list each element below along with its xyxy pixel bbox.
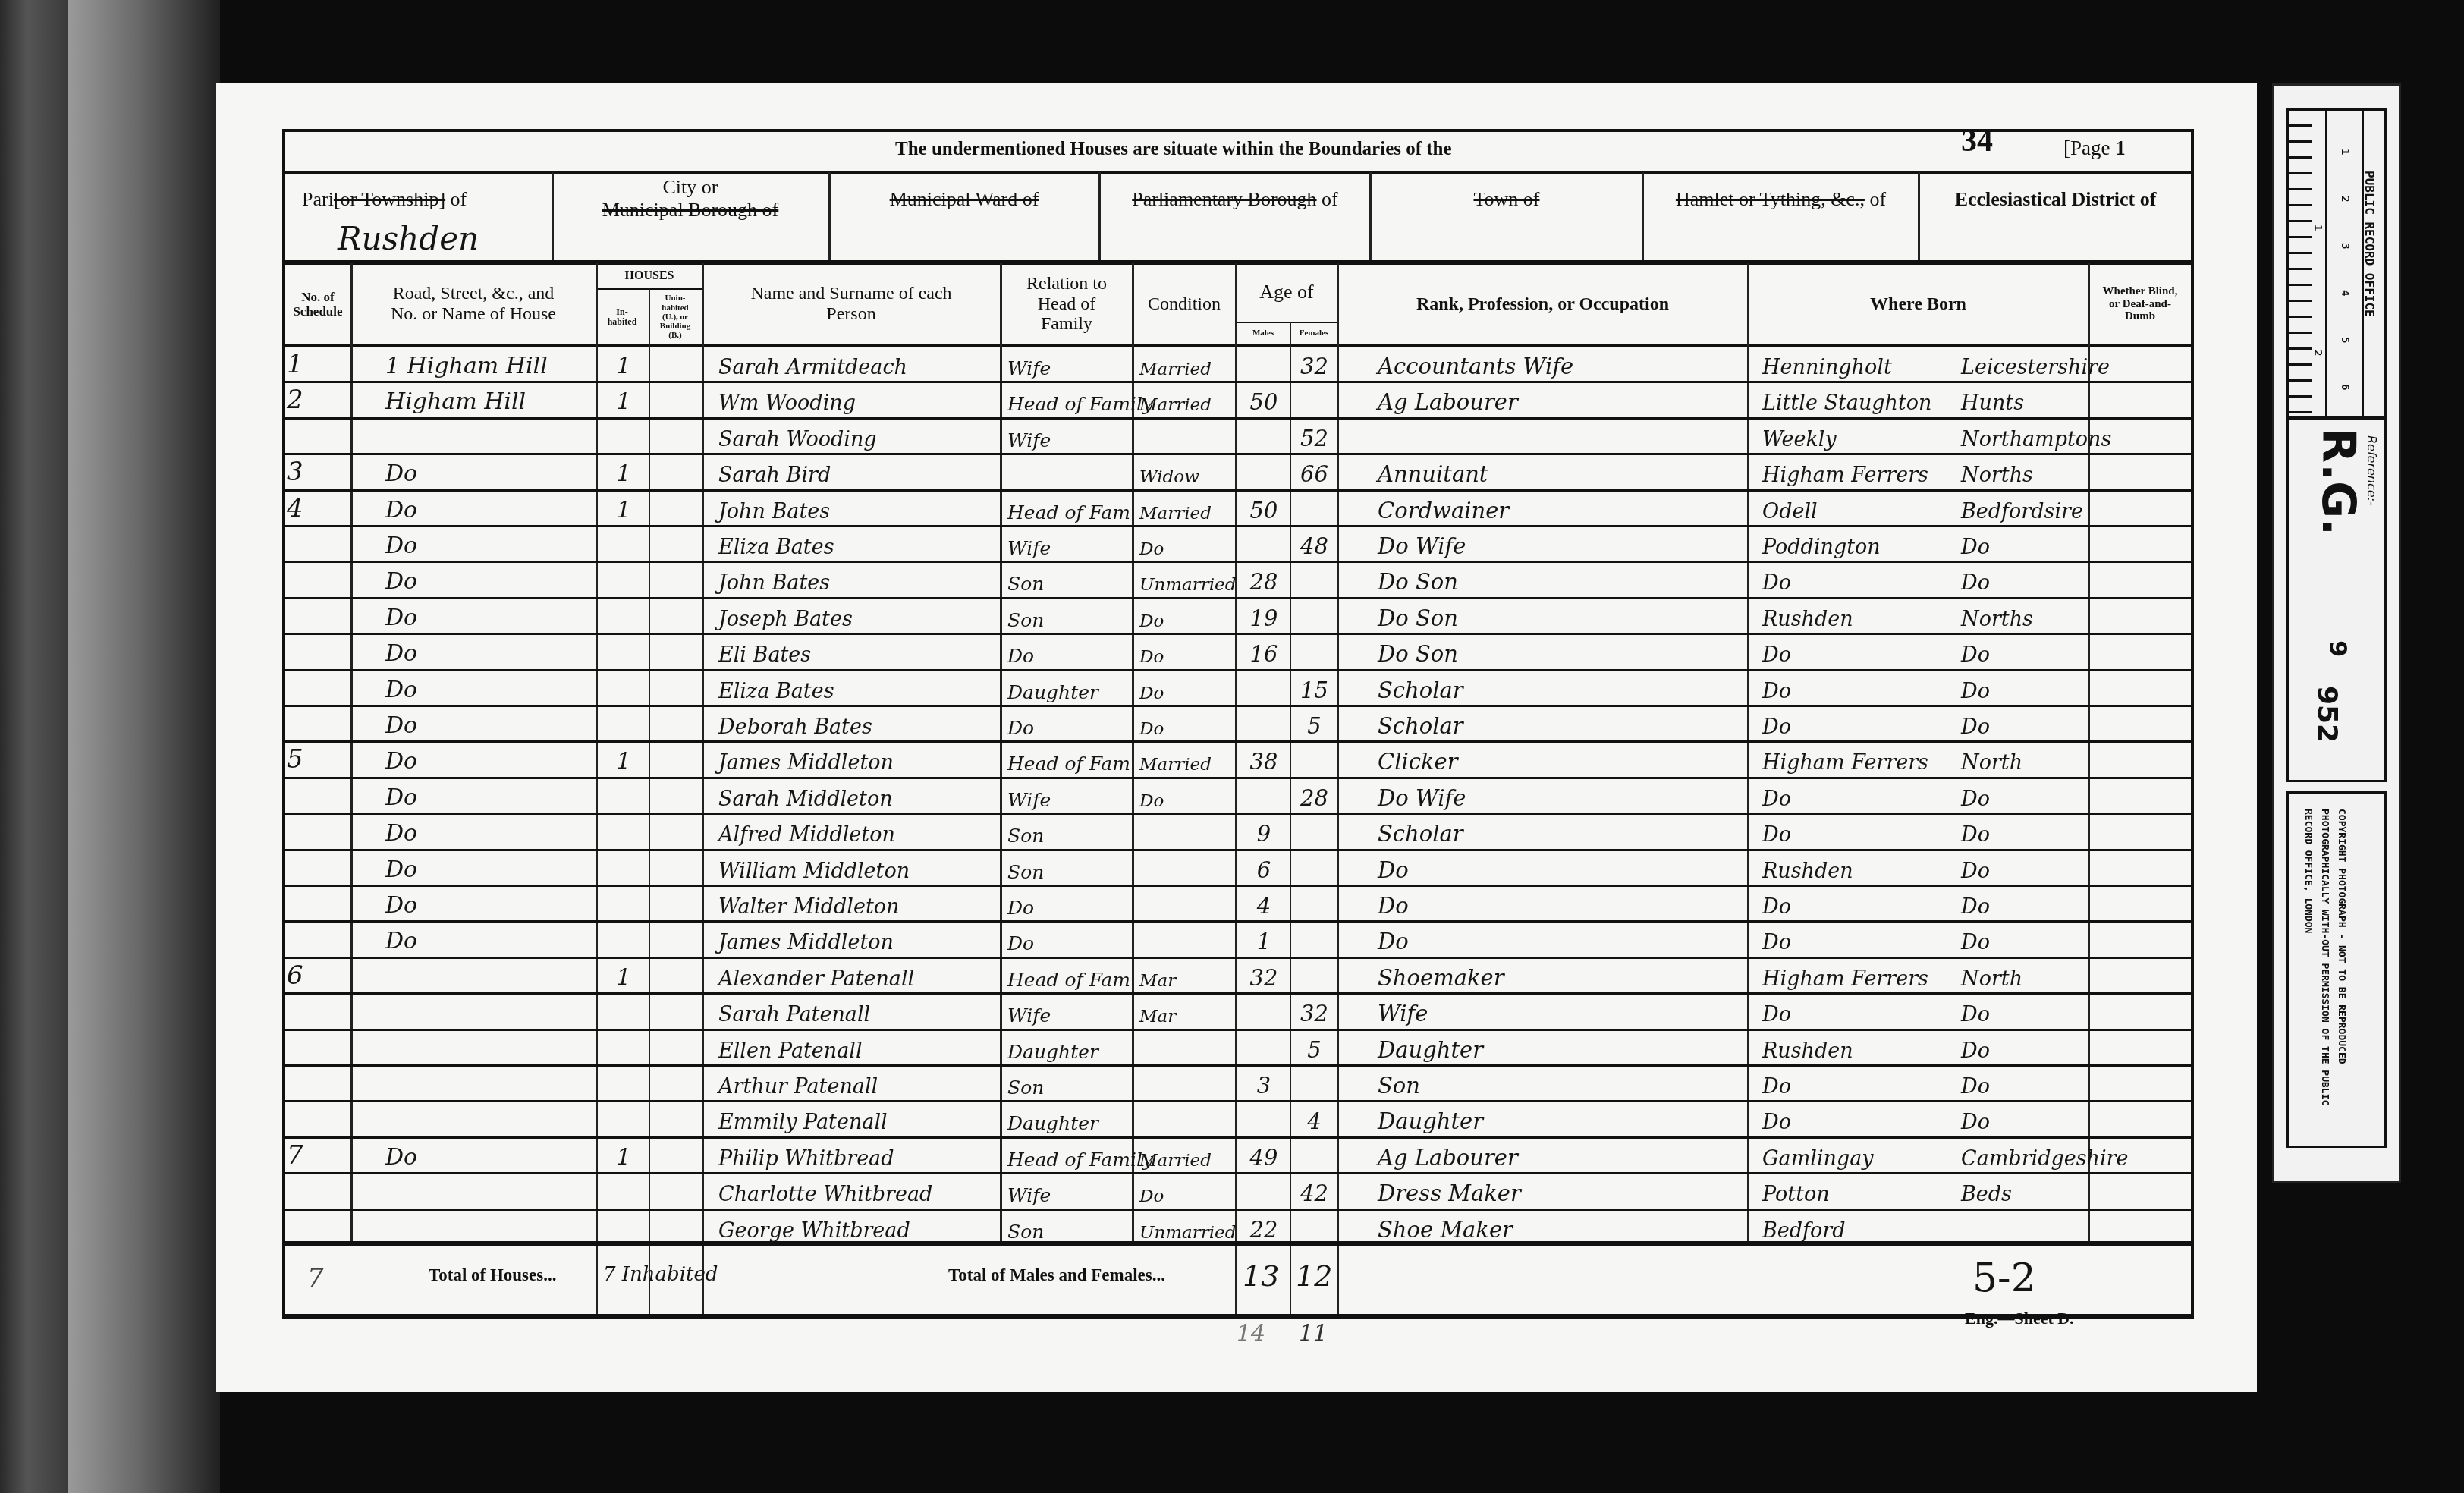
male-age-cell: 49 [1238, 1138, 1290, 1174]
birth-county-cell: Do [1955, 526, 2088, 562]
road-cell [355, 994, 594, 1029]
occupation-cell: Do [1340, 886, 1747, 922]
occupation-cell: Shoe Maker [1340, 1210, 1747, 1246]
uninhabited-cell [651, 1030, 701, 1066]
name-cell: Sarah Middleton [709, 778, 1000, 814]
birthplace-cell: Do [1750, 1066, 1955, 1102]
district-parl-borough: Parliamentary Borough of [1101, 188, 1369, 211]
uninhabited-cell [651, 382, 701, 418]
relation-cell [1003, 454, 1132, 490]
inhabited-cell [599, 1030, 648, 1066]
male-age-cell: 32 [1238, 958, 1290, 994]
inhabited-cell [599, 994, 648, 1029]
occupation-cell: Dress Maker [1340, 1174, 1747, 1209]
road-cell [355, 1102, 594, 1137]
birthplace-cell: Potton [1750, 1174, 1955, 1209]
relation-cell: Son [1003, 1066, 1132, 1102]
reference-piece: 9 [2324, 640, 2352, 657]
male-age-cell [1238, 1174, 1290, 1209]
schedule-cell [287, 814, 350, 850]
divider [1642, 172, 1644, 262]
col-road: Road, Street, &c., and No. or Name of Ho… [353, 265, 594, 344]
birth-county-cell: North [1955, 958, 2088, 994]
schedule-cell: 2 [287, 382, 350, 418]
condition-cell [1135, 850, 1235, 886]
relation-cell: Wife [1003, 526, 1132, 562]
birthplace-cell: Do [1750, 562, 1955, 598]
name-cell: Sarah Bird [709, 454, 1000, 490]
inhabited-cell [599, 850, 648, 886]
female-age-cell: 52 [1292, 419, 1337, 454]
road-cell: Do [355, 634, 594, 670]
name-cell: Sarah Wooding [709, 419, 1000, 454]
condition-cell: Unmarried [1135, 1210, 1235, 1246]
male-age-cell [1238, 454, 1290, 490]
road-cell: Do [355, 526, 594, 562]
occupation-cell: Do Son [1340, 562, 1747, 598]
male-age-cell [1238, 419, 1290, 454]
occupation-cell: Ag Labourer [1340, 382, 1747, 418]
occupation-cell: Scholar [1340, 671, 1747, 706]
condition-cell: Do [1135, 778, 1235, 814]
birthplace-cell: Weekly [1750, 419, 1955, 454]
birth-county-cell: Do [1955, 634, 2088, 670]
reference-folio: 952 [2312, 686, 2343, 743]
bottom-note: 5-2 [1972, 1256, 2036, 1301]
total-females: 12 [1296, 1259, 1332, 1293]
inhabited-cell [599, 886, 648, 922]
district-label: Pari [302, 188, 334, 210]
birthplace-cell: Poddington [1750, 526, 1955, 562]
name-cell: Arthur Patenall [709, 1066, 1000, 1102]
inhabited-cell [599, 634, 648, 670]
road-cell: Do [355, 850, 594, 886]
road-cell [355, 1210, 594, 1246]
relation-cell: Do [1003, 706, 1132, 742]
female-age-cell: 5 [1292, 1030, 1337, 1066]
road-cell [355, 1066, 594, 1102]
occupation-cell: Do Son [1340, 599, 1747, 634]
condition-cell: Married [1135, 347, 1235, 382]
road-cell: Do [355, 886, 594, 922]
inhabited-cell: 1 [599, 382, 648, 418]
inhabited-cell: 1 [599, 958, 648, 994]
uninhabited-cell [651, 347, 701, 382]
road-cell: Do [355, 922, 594, 957]
relation-cell: Daughter [1003, 671, 1132, 706]
archive-reference-strip: 1 2 3 4 5 6 1 2 PUBLIC RECORD OFFICE Ref… [2272, 83, 2401, 1183]
male-age-cell [1238, 526, 1290, 562]
relation-cell: Wife [1003, 347, 1132, 382]
relation-cell: Head of Family [1003, 1138, 1132, 1174]
occupation-cell: Cordwainer [1340, 491, 1747, 526]
occupation-cell: Annuitant [1340, 454, 1747, 490]
inhabited-cell [599, 599, 648, 634]
inhabited-cell: 1 [599, 491, 648, 526]
birth-county-cell: North [1955, 742, 2088, 778]
name-cell: Deborah Bates [709, 706, 1000, 742]
relation-cell: Wife [1003, 1174, 1132, 1209]
occupation-cell: Wife [1340, 994, 1747, 1029]
uninhabited-cell [651, 1066, 701, 1102]
uninhabited-cell [651, 671, 701, 706]
inhabited-cell [599, 671, 648, 706]
road-cell: Do [355, 706, 594, 742]
occupation-cell: Do Son [1340, 634, 1747, 670]
relation-cell: Daughter [1003, 1102, 1132, 1137]
birthplace-cell: Henningholt [1750, 347, 1955, 382]
road-cell: Do [355, 814, 594, 850]
relation-cell: Head of Fam [1003, 491, 1132, 526]
male-age-cell: 3 [1238, 1066, 1290, 1102]
total-males: 13 [1243, 1259, 1279, 1293]
condition-cell [1135, 1102, 1235, 1137]
inhabited-cell [599, 419, 648, 454]
name-cell: Eliza Bates [709, 671, 1000, 706]
road-cell [355, 1030, 594, 1066]
name-cell: William Middleton [709, 850, 1000, 886]
birth-county-cell: Do [1955, 706, 2088, 742]
schedule-cell [287, 850, 350, 886]
road-cell [355, 958, 594, 994]
female-age-cell [1292, 634, 1337, 670]
condition-cell: Married [1135, 742, 1235, 778]
total-houses-label: Total of Houses... [429, 1265, 556, 1285]
occupation-cell: Scholar [1340, 814, 1747, 850]
female-age-cell [1292, 886, 1337, 922]
inhabited-cell [599, 1174, 648, 1209]
condition-cell [1135, 814, 1235, 850]
condition-cell: Married [1135, 1138, 1235, 1174]
col-age-of: Age of [1237, 265, 1337, 319]
male-age-cell: 6 [1238, 850, 1290, 886]
scale-cm-4: 4 [2339, 290, 2351, 296]
birth-county-cell: Do [1955, 814, 2088, 850]
district-label-struck: Municipal Borough of [554, 199, 827, 222]
condition-cell [1135, 419, 1235, 454]
name-cell: John Bates [709, 562, 1000, 598]
birth-county-cell: Do [1955, 1102, 2088, 1137]
birthplace-cell: Do [1750, 1102, 1955, 1137]
schedule-cell [287, 671, 350, 706]
rule [282, 1241, 2194, 1246]
relation-cell: Head of Fam [1003, 742, 1132, 778]
road-cell: Do [355, 671, 594, 706]
female-age-cell [1292, 1138, 1337, 1174]
district-ward: Municipal Ward of [831, 188, 1098, 211]
uninhabited-cell [651, 958, 701, 994]
female-age-cell [1292, 922, 1337, 957]
scale-in-1: 1 [2312, 225, 2324, 231]
inhabited-cell [599, 778, 648, 814]
schedule-cell [287, 1030, 350, 1066]
district-label: City or [554, 176, 827, 199]
male-age-cell: 19 [1238, 599, 1290, 634]
condition-cell [1135, 886, 1235, 922]
condition-cell: Widow [1135, 454, 1235, 490]
birthplace-cell: Do [1750, 994, 1955, 1029]
birth-county-cell: Hunts [1955, 382, 2088, 418]
relation-cell: Do [1003, 922, 1132, 957]
schedule-cell [287, 634, 350, 670]
relation-cell: Son [1003, 814, 1132, 850]
female-age-cell: 48 [1292, 526, 1337, 562]
schedule-cell [287, 599, 350, 634]
birthplace-cell: Gamlingay [1750, 1138, 1955, 1174]
uninhabited-cell [651, 1102, 701, 1137]
male-age-cell: 22 [1238, 1210, 1290, 1246]
total-persons-label: Total of Males and Females... [948, 1265, 1165, 1285]
relation-cell: Head of Fam [1003, 958, 1132, 994]
female-age-cell [1292, 562, 1337, 598]
male-age-cell: 38 [1238, 742, 1290, 778]
col-blind-deaf: Whether Blind, or Deaf-and-Dumb [2089, 265, 2191, 344]
scale-cm-5: 5 [2339, 337, 2351, 343]
schedule-tally: 7 [307, 1263, 324, 1293]
name-cell: Eli Bates [709, 634, 1000, 670]
uninhabited-cell [651, 886, 701, 922]
inhabited-cell [599, 1210, 648, 1246]
uninhabited-cell [651, 526, 701, 562]
name-cell: James Middleton [709, 742, 1000, 778]
folio-number: 34 [1961, 123, 1993, 159]
col-where-born: Where Born [1749, 265, 2088, 344]
record-office-name: PUBLIC RECORD OFFICE [2362, 171, 2377, 317]
female-age-cell [1292, 382, 1337, 418]
male-age-cell: 50 [1238, 491, 1290, 526]
female-age-cell [1292, 491, 1337, 526]
birth-county-cell: Leicestershire [1955, 347, 2088, 382]
condition-cell: Do [1135, 526, 1235, 562]
occupation-cell: Daughter [1340, 1102, 1747, 1137]
schedule-cell [287, 886, 350, 922]
female-age-cell: 15 [1292, 671, 1337, 706]
occupation-cell: Do Wife [1340, 526, 1747, 562]
uninhabited-cell [651, 922, 701, 957]
name-cell: Joseph Bates [709, 599, 1000, 634]
male-age-cell [1238, 347, 1290, 382]
schedule-cell: 6 [287, 958, 350, 994]
female-age-cell: 28 [1292, 778, 1337, 814]
schedule-cell [287, 1174, 350, 1209]
male-age-cell [1238, 1030, 1290, 1066]
birth-county-cell: Do [1955, 671, 2088, 706]
district-town: Town of [1372, 188, 1642, 211]
uninhabited-cell [651, 706, 701, 742]
birthplace-cell: Rushden [1750, 850, 1955, 886]
birth-county-cell: Beds [1955, 1174, 2088, 1209]
birthplace-cell: Rushden [1750, 599, 1955, 634]
condition-cell: Do [1135, 599, 1235, 634]
district-label: of [1869, 188, 1886, 210]
copyright-box: COPYRIGHT PHOTOGRAPH - NOT TO BE REPRODU… [2286, 791, 2387, 1148]
page-number: 1 [2115, 137, 2126, 159]
reference-series: R.G. [2312, 428, 2365, 536]
ruler-ticks [2289, 111, 2312, 416]
name-cell: Sarah Patenall [709, 994, 1000, 1029]
birthplace-cell: Do [1750, 778, 1955, 814]
birth-county-cell: Do [1955, 886, 2088, 922]
schedule-cell: 3 [287, 454, 350, 490]
birthplace-cell: Do [1750, 886, 1955, 922]
female-age-cell: 4 [1292, 1102, 1337, 1137]
female-age-cell: 32 [1292, 347, 1337, 382]
birthplace-cell: Odell [1750, 491, 1955, 526]
uninhabited-cell [651, 491, 701, 526]
occupation-cell: Accountants Wife [1340, 347, 1747, 382]
col-occupation: Rank, Profession, or Occupation [1338, 265, 1747, 344]
name-cell: Wm Wooding [709, 382, 1000, 418]
col-females: Females [1291, 323, 1337, 344]
birth-county-cell: Cambridgeshire [1955, 1138, 2088, 1174]
schedule-cell: 1 [287, 347, 350, 382]
ruler-line [2325, 111, 2327, 416]
birth-county-cell: Do [1955, 922, 2088, 957]
condition-cell [1135, 1030, 1235, 1066]
page-label: [Page 1 [2063, 137, 2126, 160]
divider [828, 172, 831, 262]
inhabited-cell: 1 [599, 742, 648, 778]
scale-cm-1: 1 [2339, 149, 2351, 155]
col-inhabited: In-habited [597, 291, 647, 344]
female-age-cell [1292, 599, 1337, 634]
male-age-cell [1238, 1102, 1290, 1137]
uninhabited-cell [651, 599, 701, 634]
birth-county-cell: Do [1955, 562, 2088, 598]
schedule-cell: 5 [287, 742, 350, 778]
birthplace-cell: Do [1750, 922, 1955, 957]
occupation-cell: Ag Labourer [1340, 1138, 1747, 1174]
divider [1369, 172, 1372, 262]
female-age-cell: 32 [1292, 994, 1337, 1029]
road-cell [355, 419, 594, 454]
birthplace-cell: Higham Ferrers [1750, 742, 1955, 778]
condition-cell: Married [1135, 382, 1235, 418]
schedule-cell: 4 [287, 491, 350, 526]
female-age-cell [1292, 850, 1337, 886]
inhabited-cell [599, 814, 648, 850]
male-age-cell [1238, 778, 1290, 814]
scale-cm-6: 6 [2339, 384, 2351, 390]
birth-county-cell [1955, 1210, 2088, 1246]
district-parish: Pari[or Township] of [302, 188, 467, 211]
schedule-cell [287, 562, 350, 598]
rule [282, 1314, 2194, 1319]
relation-cell: Wife [1003, 778, 1132, 814]
male-age-cell: 16 [1238, 634, 1290, 670]
page-label-text: [Page [2063, 137, 2110, 159]
birth-county-cell: Do [1955, 778, 2088, 814]
schedule-cell: 7 [287, 1138, 350, 1174]
male-age-cell [1238, 994, 1290, 1029]
reference-box: Reference:- R.G. 9 952 [2286, 418, 2387, 782]
name-cell: Alfred Middleton [709, 814, 1000, 850]
district-label-struck: Parliamentary Borough [1132, 188, 1316, 210]
uninhabited-cell [651, 419, 701, 454]
col-houses: HOUSES [597, 265, 702, 288]
road-cell: Do [355, 454, 594, 490]
col-name: Name and Surname of each Person [703, 265, 999, 344]
birth-county-cell: Norths [1955, 599, 2088, 634]
relation-cell: Do [1003, 634, 1132, 670]
uninhabited-cell [651, 742, 701, 778]
schedule-cell [287, 706, 350, 742]
name-cell: Philip Whitbread [709, 1138, 1000, 1174]
rule [282, 171, 2194, 174]
copyright-notice: COPYRIGHT PHOTOGRAPH - NOT TO BE REPRODU… [2299, 809, 2349, 1127]
females-recount: 11 [1299, 1320, 1328, 1347]
birth-county-cell: Northamptons [1955, 419, 2088, 454]
name-cell: George Whitbread [709, 1210, 1000, 1246]
parish-value: Rushden [338, 220, 479, 257]
birthplace-cell: Bedford [1750, 1210, 1955, 1246]
occupation-cell: Clicker [1340, 742, 1747, 778]
condition-cell: Unmarried [1135, 562, 1235, 598]
birthplace-cell: Do [1750, 706, 1955, 742]
male-age-cell: 50 [1238, 382, 1290, 418]
scan-margin-left [0, 0, 68, 1493]
name-cell: Ellen Patenall [709, 1030, 1000, 1066]
name-cell: John Bates [709, 491, 1000, 526]
birth-county-cell: Do [1955, 994, 2088, 1029]
inhabited-cell: 1 [599, 1138, 648, 1174]
banner-text: The undermentioned Houses are situate wi… [895, 139, 1452, 160]
birthplace-cell: Higham Ferrers [1750, 454, 1955, 490]
schedule-cell [287, 1066, 350, 1102]
inhabited-cell: 1 [599, 454, 648, 490]
relation-cell: Son [1003, 850, 1132, 886]
scan-margin-gray [68, 0, 220, 1493]
relation-cell: Head of Family [1003, 382, 1132, 418]
occupation-cell: Do [1340, 922, 1747, 957]
schedule-cell [287, 526, 350, 562]
road-cell [355, 1174, 594, 1209]
inhabited-cell [599, 526, 648, 562]
divider [1098, 172, 1101, 262]
birth-county-cell: Bedfordsire [1955, 491, 2088, 526]
female-age-cell [1292, 742, 1337, 778]
district-label-struck: [or Township] [334, 188, 445, 210]
male-age-cell: 9 [1238, 814, 1290, 850]
condition-cell [1135, 1066, 1235, 1102]
female-age-cell [1292, 1210, 1337, 1246]
birthplace-cell: Do [1750, 634, 1955, 670]
occupation-cell: Do Wife [1340, 778, 1747, 814]
birthplace-cell: Do [1750, 814, 1955, 850]
inhabited-cell [599, 706, 648, 742]
relation-cell: Son [1003, 1210, 1132, 1246]
col-males: Males [1237, 323, 1290, 344]
female-age-cell: 5 [1292, 706, 1337, 742]
male-age-cell: 1 [1238, 922, 1290, 957]
birthplace-cell: Little Staughton [1750, 382, 1955, 418]
condition-cell [1135, 922, 1235, 957]
district-label: of [1322, 188, 1338, 210]
total-houses-value: 7 Inhabited [603, 1263, 718, 1286]
occupation-cell: Son [1340, 1066, 1747, 1102]
district-city: City or Municipal Borough of [554, 176, 827, 222]
col-relation: Relation to Head of Family [1001, 265, 1132, 344]
occupation-cell: Do [1340, 850, 1747, 886]
inhabited-cell: 1 [599, 347, 648, 382]
district-label-struck: Hamlet or Tything, &c., [1676, 188, 1865, 210]
col-uninhabited: Unin-habited (U.), or Building (B.) [650, 291, 700, 344]
uninhabited-cell [651, 634, 701, 670]
uninhabited-cell [651, 1174, 701, 1209]
schedule-cell [287, 1102, 350, 1137]
birthplace-cell: Higham Ferrers [1750, 958, 1955, 994]
district-hamlet: Hamlet or Tything, &c., of [1644, 188, 1918, 211]
